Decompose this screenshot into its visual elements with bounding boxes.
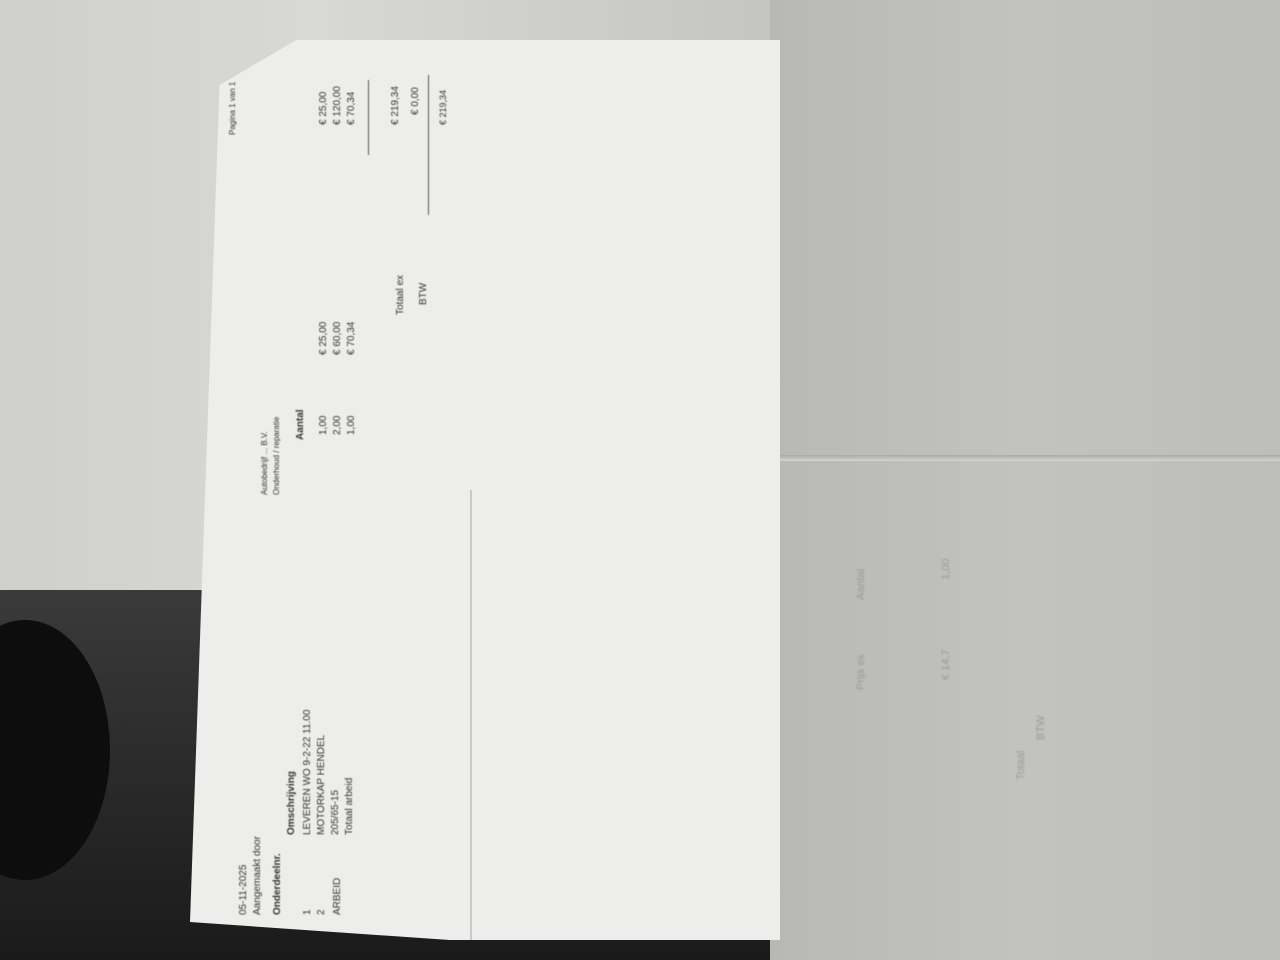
item-3-qty: 1,00	[346, 416, 357, 435]
subtotal-rule	[368, 80, 369, 155]
ghost-text-1: Aantal	[855, 569, 867, 600]
item-3-total: € 70,34	[346, 92, 357, 125]
ghost-text-6: Totaal	[1015, 751, 1027, 780]
total-rule	[428, 75, 429, 215]
paper-back-page	[770, 0, 1280, 960]
subtotal-label: Totaal ex	[395, 275, 406, 315]
company-name: Autobedrijf ... B.V.	[260, 431, 269, 495]
paper-fold-crease	[770, 455, 1280, 461]
subtotal-value: € 219,34	[390, 86, 401, 125]
item-1-qty: 1,00	[318, 416, 329, 435]
item-2-part: 2	[316, 909, 327, 915]
prepared-by-label: Aangemaakt door	[252, 836, 263, 915]
item-1-total: € 25,00	[318, 92, 329, 125]
item-2-total: € 120,00	[332, 86, 343, 125]
item-3-price: € 70,34	[346, 322, 357, 355]
ghost-text-5: BTW	[1035, 716, 1047, 740]
invoice-content: 05-11-2025 Aangemaakt door Pagina 1 van …	[210, 55, 480, 915]
vat-label: BTW	[418, 283, 429, 305]
vat-value: € 0,00	[410, 87, 421, 115]
labor-total-label: Totaal arbeid	[344, 778, 355, 835]
col-description: Omschrijving	[286, 771, 297, 835]
item-2-description: MOTORKAP HENDEL	[316, 735, 327, 835]
ghost-text-4: € 14,7	[940, 649, 952, 680]
item-3-description: 205/65-15	[330, 790, 341, 835]
item-1-description: LEVEREN WO 9-2-22 11.00	[302, 710, 313, 835]
item-1-price: € 25,00	[318, 322, 329, 355]
page-label: Pagina 1 van 1	[228, 82, 237, 135]
invoice-date: 05-11-2025	[238, 865, 249, 915]
company-sub: Onderhoud / reparatie	[272, 417, 281, 495]
col-quantity: Aantal	[295, 409, 306, 440]
item-2-price: € 60,00	[332, 322, 343, 355]
ghost-text-3: 1,00	[940, 559, 952, 580]
item-1-part: 1	[302, 909, 313, 915]
ghost-text-2: Prijs ex	[855, 654, 867, 690]
item-2-qty: 2,00	[332, 416, 343, 435]
col-part-no: Onderdeelnr.	[272, 853, 283, 915]
grand-total-value: € 219,34	[438, 90, 448, 125]
item-3-part: ARBEID	[332, 878, 343, 915]
